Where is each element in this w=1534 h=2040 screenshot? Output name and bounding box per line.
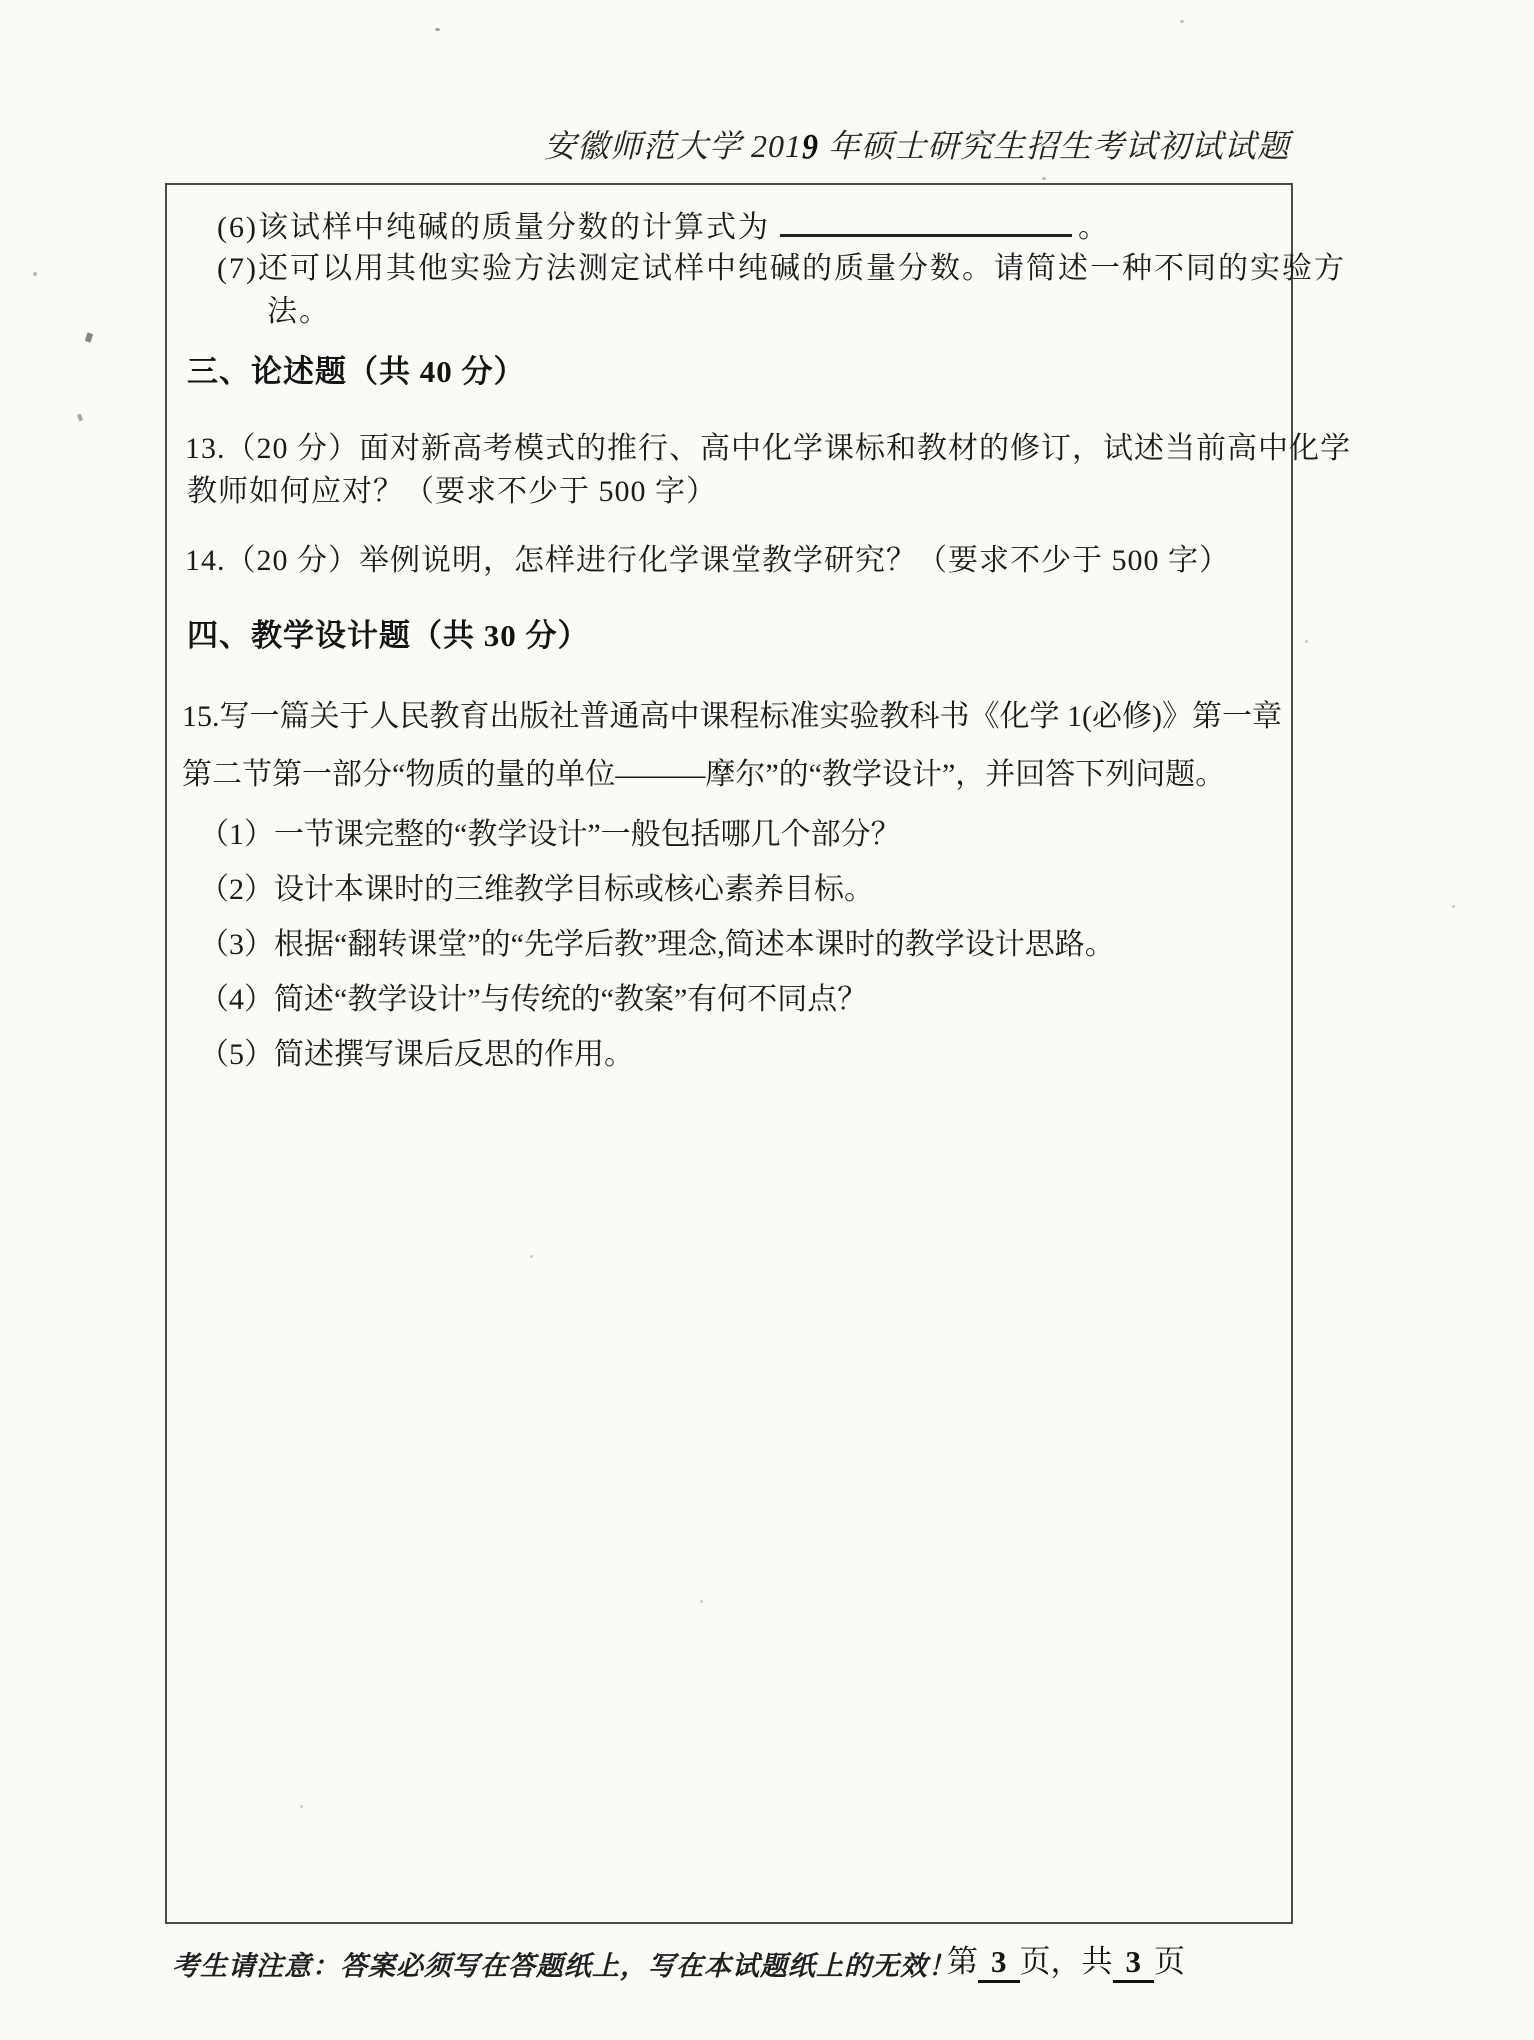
exam-paper-page: 安徽师范大学 2019 年硕士研究生招生考试初试试题 (6)该试样中纯碱的质量分… bbox=[0, 0, 1534, 2040]
page-header-title: 安徽师范大学 2019 年硕士研究生招生考试初试试题 bbox=[544, 121, 1290, 167]
section-4-heading: 四、教学设计题（共 30 分） bbox=[187, 617, 590, 654]
scan-speck bbox=[77, 414, 83, 422]
candidate-notice-body: 答案必须写在答题纸上，写在本试题纸上的无效！ bbox=[340, 1951, 956, 1981]
scan-speck bbox=[1180, 20, 1184, 23]
question-13-line-1: 13.（20 分）面对新高考模式的推行、高中化学课标和教材的修订，试述当前高中化… bbox=[185, 431, 1351, 467]
question-15-line-1: 15.写一篇关于人民教育出版社普通高中课程标准实验教科书《化学 1(必修)》第一… bbox=[182, 699, 1282, 735]
page-number-prefix: 第 bbox=[947, 1944, 978, 1979]
question-13-line-2: 教师如何应对？（要求不少于 500 字） bbox=[187, 474, 717, 510]
question-14: 14.（20 分）举例说明，怎样进行化学课堂教学研究？（要求不少于 500 字） bbox=[185, 543, 1230, 579]
candidate-notice-lead: 考生请注意： bbox=[172, 1951, 340, 1981]
total-page-number: 3 bbox=[1113, 1944, 1155, 1983]
question-15-sub-5: （5）简述撰写课后反思的作用。 bbox=[199, 1037, 634, 1073]
candidate-notice: 考生请注意：答案必须写在答题纸上，写在本试题纸上的无效！ bbox=[172, 1944, 956, 1983]
scan-speck bbox=[1452, 905, 1455, 908]
header-title-suffix: 年硕士研究生招生考试初试试题 bbox=[819, 128, 1290, 164]
exam-content-box: (6)该试样中纯碱的质量分数的计算式为。 (7)还可以用其他实验方法测定试样中纯… bbox=[165, 183, 1293, 1924]
question-15-sub-3: （3）根据“翻转课堂”的“先学后教”理念,简述本课时的教学设计思路。 bbox=[199, 927, 1115, 963]
question-15-sub-2: （2）设计本课时的三维教学目标或核心素养目标。 bbox=[199, 872, 874, 908]
page-number-label: 第3页，共3页 bbox=[947, 1936, 1185, 1983]
question-6: (6)该试样中纯碱的质量分数的计算式为。 bbox=[217, 207, 1110, 246]
answer-blank-line bbox=[780, 207, 1072, 237]
question-15-sub-1: （1）一节课完整的“教学设计”一般包括哪几个部分？ bbox=[199, 817, 901, 853]
scan-speck bbox=[435, 28, 440, 31]
scan-speck bbox=[300, 1805, 303, 1808]
question-15-line-2: 第二节第一部分“物质的量的单位———摩尔”的“教学设计”，并回答下列问题。 bbox=[182, 757, 1225, 793]
question-15-sub-4: （4）简述“教学设计”与传统的“教案”有何不同点？ bbox=[199, 982, 867, 1018]
scan-speck bbox=[1305, 640, 1308, 643]
question-7-line-1: (7)还可以用其他实验方法测定试样中纯碱的质量分数。请简述一种不同的实验方 bbox=[217, 251, 1346, 287]
question-6-period: 。 bbox=[1078, 211, 1110, 244]
question-6-text: (6)该试样中纯碱的质量分数的计算式为 bbox=[217, 211, 770, 244]
current-page-number: 3 bbox=[978, 1944, 1020, 1983]
scan-speck bbox=[33, 272, 37, 276]
scan-speck bbox=[1042, 177, 1046, 180]
section-3-heading: 三、论述题（共 40 分） bbox=[187, 353, 526, 390]
scan-speck bbox=[85, 332, 93, 342]
header-stamped-digit: 9 bbox=[802, 126, 819, 167]
page-number-suffix: 页 bbox=[1154, 1944, 1185, 1979]
page-number-mid: 页，共 bbox=[1020, 1944, 1113, 1979]
question-7-line-2: 法。 bbox=[267, 294, 331, 330]
scan-speck bbox=[700, 1600, 703, 1603]
scan-speck bbox=[530, 1255, 533, 1258]
scan-speck bbox=[660, 458, 663, 461]
header-title-prefix: 安徽师范大学 201 bbox=[544, 128, 802, 164]
